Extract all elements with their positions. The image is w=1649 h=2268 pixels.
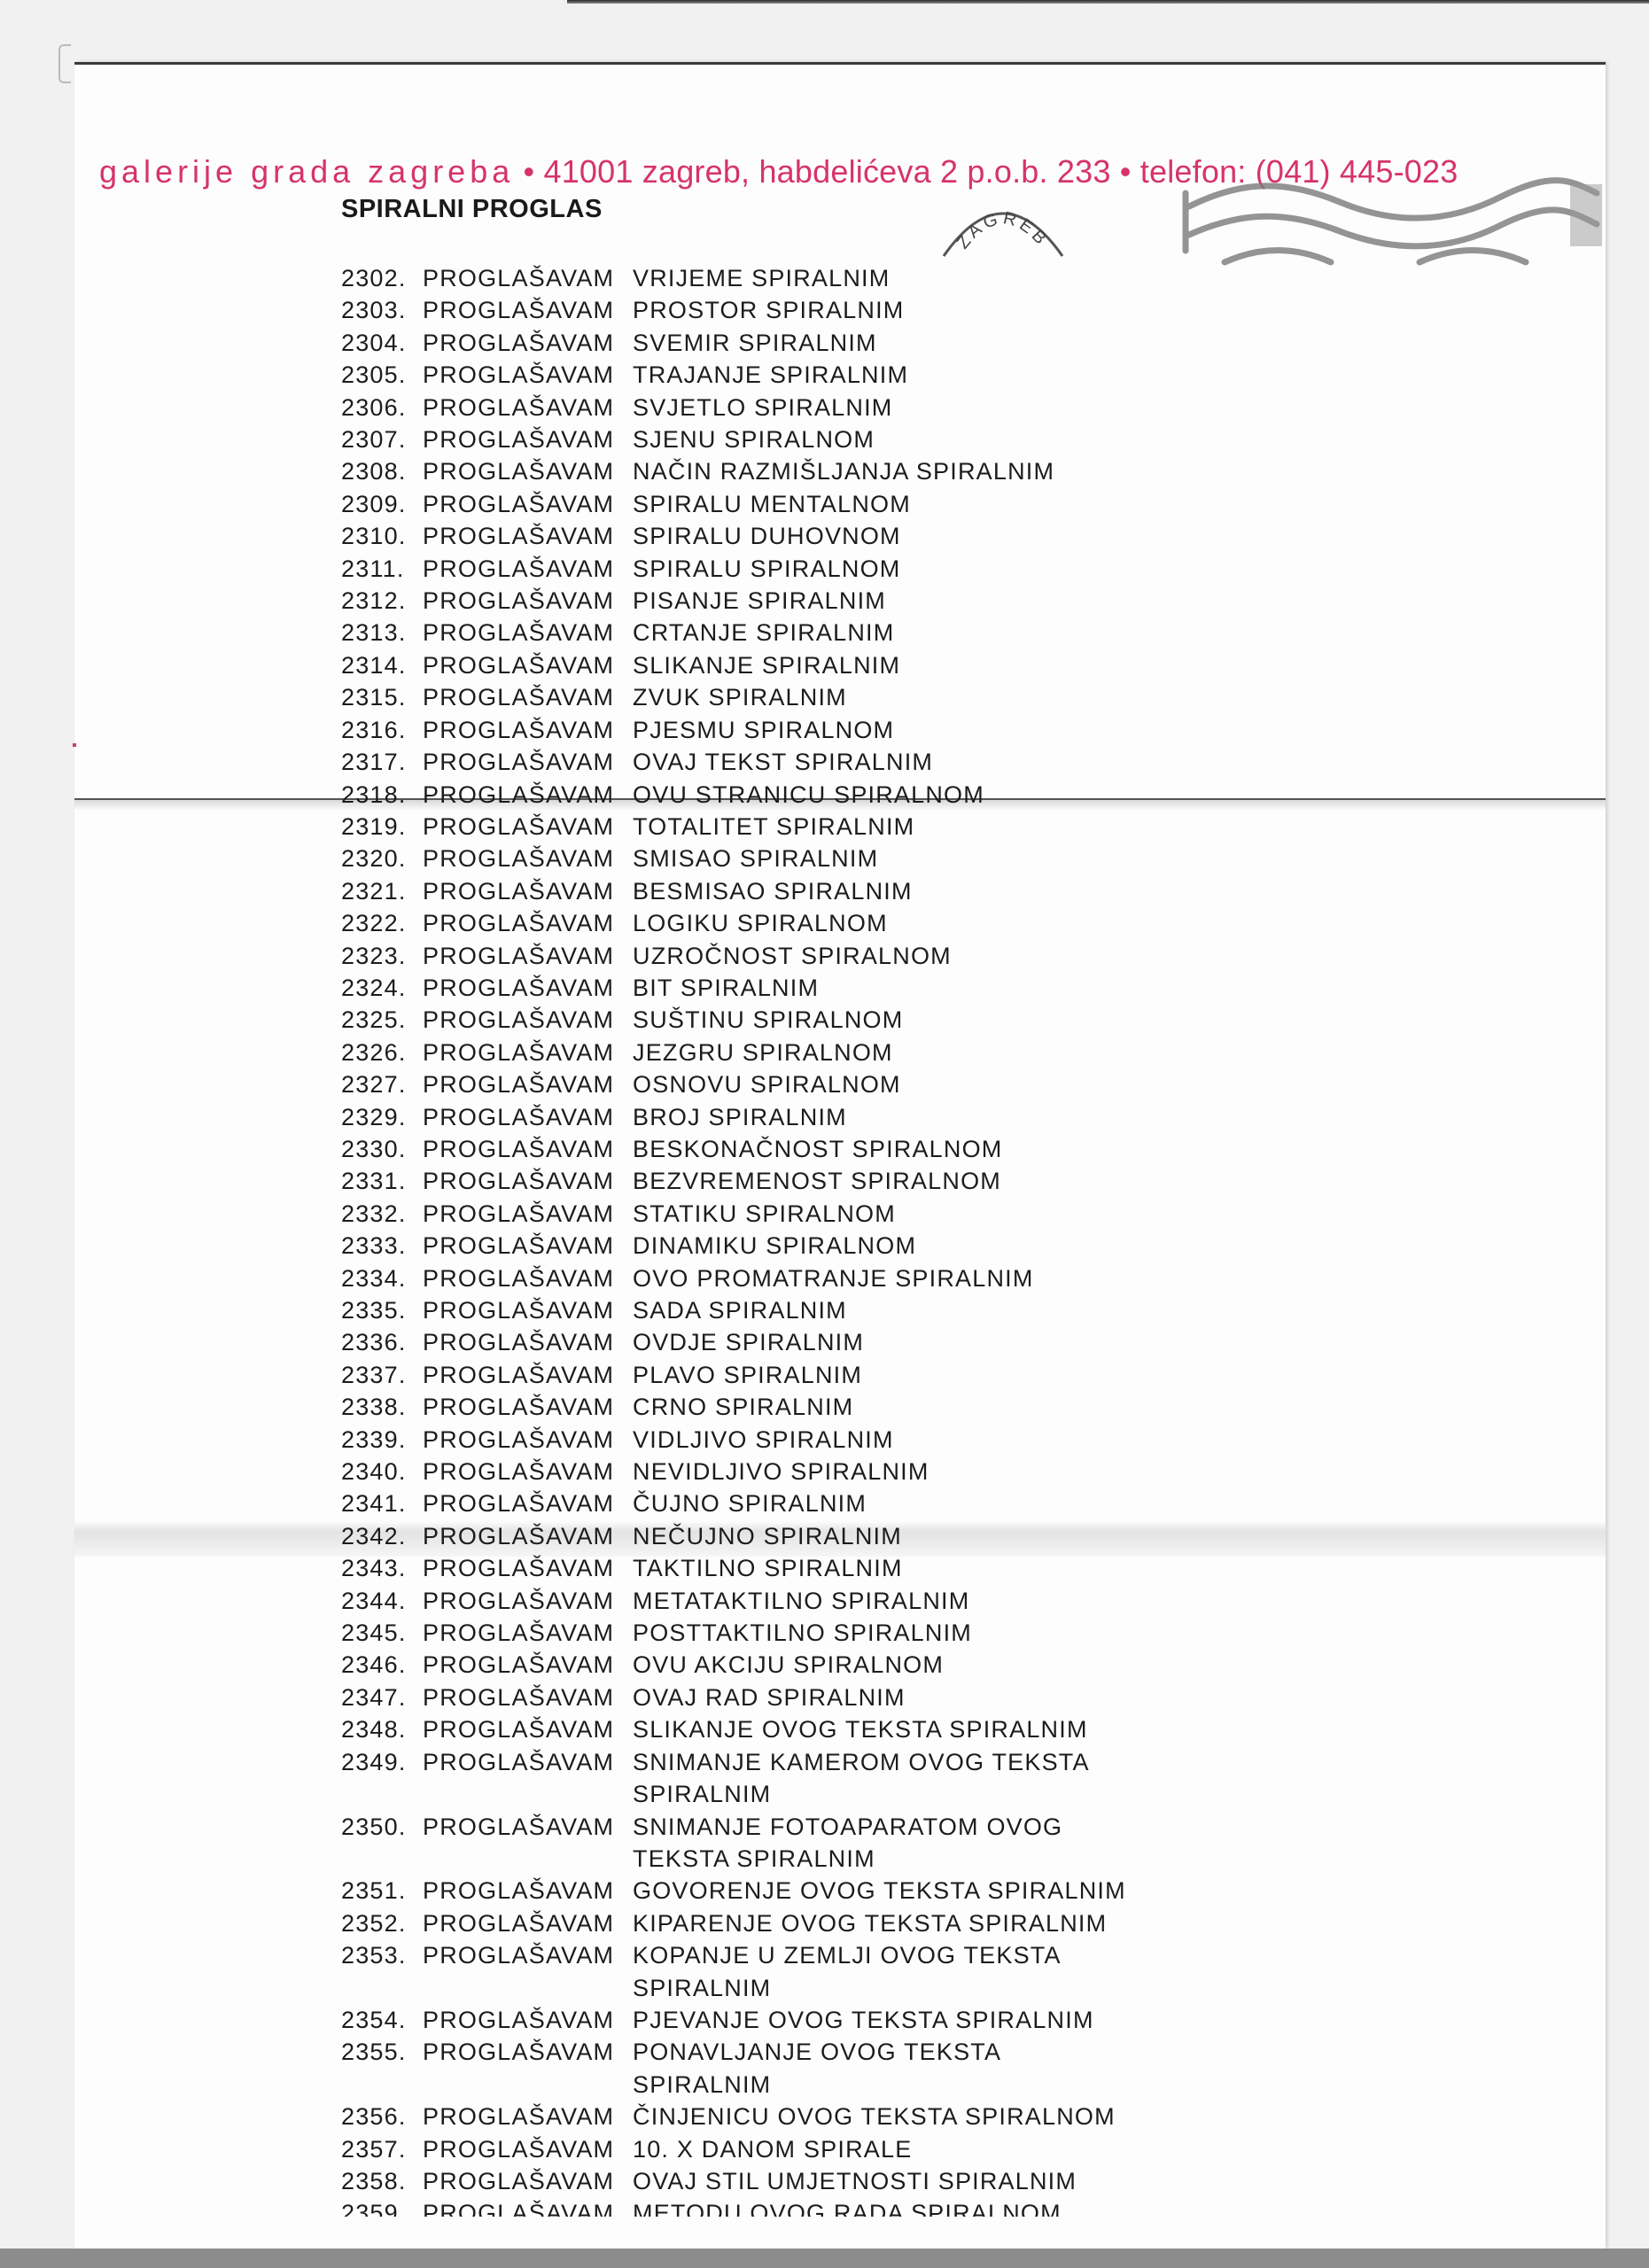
proclamation-item: 2336.PROGLAŠAVAMOVDJE SPIRALNIM [341, 1326, 1316, 1358]
proclamation-item: 2359.PROGLAŠAVAMMETODU OVOG RADA SPIRALN… [341, 2197, 1316, 2217]
item-verb: PROGLAŠAVAM [423, 1456, 633, 1487]
item-text: SNIMANJE KAMEROM OVOG TEKSTA SPIRALNIM [633, 1746, 1138, 1811]
item-verb: PROGLAŠAVAM [423, 2165, 633, 2197]
scan-top-shadow [567, 0, 1649, 4]
item-number: 2323. [341, 940, 423, 972]
proclamation-item: 2304.PROGLAŠAVAMSVEMIR SPIRALNIM [341, 327, 1316, 359]
proclamation-item: 2341.PROGLAŠAVAMČUJNO SPIRALNIM [341, 1487, 1316, 1519]
item-text: BIT SPIRALNIM [633, 972, 1138, 1004]
item-text: METATAKTILNO SPIRALNIM [633, 1585, 1138, 1617]
item-number: 2351. [341, 1875, 423, 1907]
proclamation-item: 2334.PROGLAŠAVAMOVO PROMATRANJE SPIRALNI… [341, 1262, 1316, 1294]
item-verb: PROGLAŠAVAM [423, 1326, 633, 1358]
item-number: 2325. [341, 1004, 423, 1036]
item-number: 2355. [341, 2036, 423, 2068]
item-text: NEVIDLJIVO SPIRALNIM [633, 1456, 1138, 1487]
item-text: TOTALITET SPIRALNIM [633, 811, 1138, 843]
item-text: 10. X DANOM SPIRALE [633, 2133, 1138, 2165]
proclamation-item: 2355.PROGLAŠAVAMPONAVLJANJE OVOG TEKSTA … [341, 2036, 1316, 2101]
proclamation-item: 2348.PROGLAŠAVAMSLIKANJE OVOG TEKSTA SPI… [341, 1713, 1316, 1745]
item-verb: PROGLAŠAVAM [423, 262, 633, 294]
item-number: 2331. [341, 1165, 423, 1197]
proclamation-item: 2316.PROGLAŠAVAMPJESMU SPIRALNOM [341, 714, 1316, 746]
item-verb: PROGLAŠAVAM [423, 359, 633, 391]
postmark-town-icon: ZAGREB [937, 189, 1070, 260]
item-number: 2310. [341, 520, 423, 552]
item-verb: PROGLAŠAVAM [423, 1617, 633, 1649]
item-number: 2317. [341, 746, 423, 778]
item-verb: PROGLAŠAVAM [423, 1391, 633, 1423]
item-number: 2340. [341, 1456, 423, 1487]
item-number: 2330. [341, 1133, 423, 1165]
item-number: 2319. [341, 811, 423, 843]
item-verb: PROGLAŠAVAM [423, 2004, 633, 2036]
proclamation-item: 2349.PROGLAŠAVAMSNIMANJE KAMEROM OVOG TE… [341, 1746, 1316, 1811]
item-verb: PROGLAŠAVAM [423, 2133, 633, 2165]
item-verb: PROGLAŠAVAM [423, 681, 633, 713]
item-text: SVJETLO SPIRALNIM [633, 392, 1138, 423]
proclamation-item: 2322.PROGLAŠAVAMLOGIKU SPIRALNOM [341, 907, 1316, 939]
item-number: 2359. [341, 2197, 423, 2217]
item-text: BROJ SPIRALNIM [633, 1101, 1138, 1133]
scanner-bed [0, 2249, 1649, 2268]
item-number: 2334. [341, 1262, 423, 1294]
item-text: OVU AKCIJU SPIRALNOM [633, 1649, 1138, 1681]
item-text: OVAJ RAD SPIRALNIM [633, 1682, 1138, 1713]
item-text: CRTANJE SPIRALNIM [633, 617, 1138, 649]
item-text: TAKTILNO SPIRALNIM [633, 1552, 1138, 1584]
item-text: SVEMIR SPIRALNIM [633, 327, 1138, 359]
item-verb: PROGLAŠAVAM [423, 617, 633, 649]
proclamation-item: 2319.PROGLAŠAVAMTOTALITET SPIRALNIM [341, 811, 1316, 843]
item-verb: PROGLAŠAVAM [423, 1649, 633, 1681]
item-verb: PROGLAŠAVAM [423, 1746, 633, 1778]
item-verb: PROGLAŠAVAM [423, 649, 633, 681]
item-verb: PROGLAŠAVAM [423, 1520, 633, 1552]
item-text: ZVUK SPIRALNIM [633, 681, 1138, 713]
item-text: PLAVO SPIRALNIM [633, 1359, 1138, 1391]
item-verb: PROGLAŠAVAM [423, 1198, 633, 1230]
item-text: KOPANJE U ZEMLJI OVOG TEKSTA SPIRALNIM [633, 1939, 1138, 2004]
item-number: 2307. [341, 423, 423, 455]
item-number: 2349. [341, 1746, 423, 1778]
item-text: OVAJ TEKST SPIRALNIM [633, 746, 1138, 778]
item-verb: PROGLAŠAVAM [423, 455, 633, 487]
item-text: SMISAO SPIRALNIM [633, 843, 1138, 874]
item-verb: PROGLAŠAVAM [423, 585, 633, 617]
item-number: 2336. [341, 1326, 423, 1358]
proclamation-item: 2314.PROGLAŠAVAMSLIKANJE SPIRALNIM [341, 649, 1316, 681]
item-text: SLIKANJE OVOG TEKSTA SPIRALNIM [633, 1713, 1138, 1745]
item-text: NEČUJNO SPIRALNIM [633, 1520, 1138, 1552]
item-text: OSNOVU SPIRALNOM [633, 1068, 1138, 1100]
proclamation-item: 2342.PROGLAŠAVAMNEČUJNO SPIRALNIM [341, 1520, 1316, 1552]
item-text: LOGIKU SPIRALNOM [633, 907, 1138, 939]
proclamation-item: 2339.PROGLAŠAVAMVIDLJIVO SPIRALNIM [341, 1424, 1316, 1456]
item-verb: PROGLAŠAVAM [423, 779, 633, 811]
item-number: 2342. [341, 1520, 423, 1552]
item-text: TRAJANJE SPIRALNIM [633, 359, 1138, 391]
proclamation-item: 2347.PROGLAŠAVAMOVAJ RAD SPIRALNIM [341, 1682, 1316, 1713]
item-number: 2313. [341, 617, 423, 649]
item-number: 2303. [341, 294, 423, 326]
proclamation-item: 2324.PROGLAŠAVAMBIT SPIRALNIM [341, 972, 1316, 1004]
proclamation-item: 2305.PROGLAŠAVAMTRAJANJE SPIRALNIM [341, 359, 1316, 391]
item-verb: PROGLAŠAVAM [423, 811, 633, 843]
item-verb: PROGLAŠAVAM [423, 1037, 633, 1068]
item-number: 2343. [341, 1552, 423, 1584]
item-text: SPIRALU DUHOVNOM [633, 520, 1138, 552]
item-text: BEZVREMENOST SPIRALNOM [633, 1165, 1138, 1197]
item-text: POSTTAKTILNO SPIRALNIM [633, 1617, 1138, 1649]
item-number: 2358. [341, 2165, 423, 2197]
item-number: 2356. [341, 2101, 423, 2132]
item-text: CRNO SPIRALNIM [633, 1391, 1138, 1423]
item-verb: PROGLAŠAVAM [423, 940, 633, 972]
item-text: VRIJEME SPIRALNIM [633, 262, 1138, 294]
proclamation-item: 2321.PROGLAŠAVAMBESMISAO SPIRALNIM [341, 875, 1316, 907]
item-number: 2333. [341, 1230, 423, 1262]
item-number: 2316. [341, 714, 423, 746]
item-number: 2302. [341, 262, 423, 294]
ink-speck [73, 743, 76, 747]
proclamation-item: 2356.PROGLAŠAVAMČINJENICU OVOG TEKSTA SP… [341, 2101, 1316, 2132]
proclamation-item: 2315.PROGLAŠAVAMZVUK SPIRALNIM [341, 681, 1316, 713]
item-text: STATIKU SPIRALNOM [633, 1198, 1138, 1230]
item-number: 2348. [341, 1713, 423, 1745]
item-verb: PROGLAŠAVAM [423, 972, 633, 1004]
item-verb: PROGLAŠAVAM [423, 1004, 633, 1036]
item-number: 2332. [341, 1198, 423, 1230]
item-text: ČUJNO SPIRALNIM [633, 1487, 1138, 1519]
item-verb: PROGLAŠAVAM [423, 1939, 633, 1971]
item-verb: PROGLAŠAVAM [423, 1907, 633, 1939]
proclamation-item: 2308.PROGLAŠAVAMNAČIN RAZMIŠLJANJA SPIRA… [341, 455, 1316, 487]
proclamation-item: 2303.PROGLAŠAVAMPROSTOR SPIRALNIM [341, 294, 1316, 326]
item-text: SUŠTINU SPIRALNOM [633, 1004, 1138, 1036]
item-text: OVO PROMATRANJE SPIRALNIM [633, 1262, 1138, 1294]
proclamation-item: 2353.PROGLAŠAVAMKOPANJE U ZEMLJI OVOG TE… [341, 1939, 1316, 2004]
item-number: 2341. [341, 1487, 423, 1519]
item-verb: PROGLAŠAVAM [423, 1552, 633, 1584]
postmark-town-text: ZAGREB [953, 208, 1053, 252]
item-number: 2350. [341, 1811, 423, 1843]
document-title: SPIRALNI PROGLAS [341, 195, 603, 224]
proclamation-item: 2351.PROGLAŠAVAMGOVORENJE OVOG TEKSTA SP… [341, 1875, 1316, 1907]
item-verb: PROGLAŠAVAM [423, 2197, 633, 2217]
proclamation-item: 2306.PROGLAŠAVAMSVJETLO SPIRALNIM [341, 392, 1316, 423]
postmark-wave-cancel-icon [1180, 171, 1606, 268]
item-number: 2337. [341, 1359, 423, 1391]
item-number: 2322. [341, 907, 423, 939]
proclamation-item: 2337.PROGLAŠAVAMPLAVO SPIRALNIM [341, 1359, 1316, 1391]
item-text: SLIKANJE SPIRALNIM [633, 649, 1138, 681]
item-verb: PROGLAŠAVAM [423, 714, 633, 746]
proclamation-item: 2318.PROGLAŠAVAMOVU STRANICU SPIRALNOM [341, 779, 1316, 811]
item-verb: PROGLAŠAVAM [423, 553, 633, 585]
item-verb: PROGLAŠAVAM [423, 2036, 633, 2068]
item-number: 2312. [341, 585, 423, 617]
proclamation-item: 2311.PROGLAŠAVAMSPIRALU SPIRALNOM [341, 553, 1316, 585]
proclamation-item: 2343.PROGLAŠAVAMTAKTILNO SPIRALNIM [341, 1552, 1316, 1584]
item-text: PJEVANJE OVOG TEKSTA SPIRALNIM [633, 2004, 1138, 2036]
item-text: UZROČNOST SPIRALNOM [633, 940, 1138, 972]
item-number: 2321. [341, 875, 423, 907]
proclamation-item: 2312.PROGLAŠAVAMPISANJE SPIRALNIM [341, 585, 1316, 617]
item-number: 2326. [341, 1037, 423, 1068]
item-verb: PROGLAŠAVAM [423, 520, 633, 552]
item-number: 2320. [341, 843, 423, 874]
proclamation-list: 2302.PROGLAŠAVAMVRIJEME SPIRALNIM2303.PR… [341, 262, 1316, 2217]
item-number: 2329. [341, 1101, 423, 1133]
item-verb: PROGLAŠAVAM [423, 1262, 633, 1294]
proclamation-item: 2331.PROGLAŠAVAMBEZVREMENOST SPIRALNOM [341, 1165, 1316, 1197]
item-verb: PROGLAŠAVAM [423, 294, 633, 326]
proclamation-item: 2340.PROGLAŠAVAMNEVIDLJIVO SPIRALNIM [341, 1456, 1316, 1487]
item-verb: PROGLAŠAVAM [423, 1424, 633, 1456]
proclamation-item: 2335.PROGLAŠAVAMSADA SPIRALNIM [341, 1294, 1316, 1326]
item-number: 2339. [341, 1424, 423, 1456]
item-verb: PROGLAŠAVAM [423, 1101, 633, 1133]
proclamation-item: 2354.PROGLAŠAVAMPJEVANJE OVOG TEKSTA SPI… [341, 2004, 1316, 2036]
proclamation-item: 2332.PROGLAŠAVAMSTATIKU SPIRALNOM [341, 1198, 1316, 1230]
letterhead-bullet: • [1120, 153, 1132, 190]
item-number: 2357. [341, 2133, 423, 2165]
item-number: 2318. [341, 779, 423, 811]
item-number: 2309. [341, 488, 423, 520]
item-verb: PROGLAŠAVAM [423, 1713, 633, 1745]
proclamation-item: 2309.PROGLAŠAVAMSPIRALU MENTALNOM [341, 488, 1316, 520]
item-verb: PROGLAŠAVAM [423, 423, 633, 455]
item-number: 2352. [341, 1907, 423, 1939]
proclamation-item: 2325.PROGLAŠAVAMSUŠTINU SPIRALNOM [341, 1004, 1316, 1036]
item-text: DINAMIKU SPIRALNOM [633, 1230, 1138, 1262]
item-verb: PROGLAŠAVAM [423, 1068, 633, 1100]
svg-text:ZAGREB: ZAGREB [953, 208, 1053, 252]
item-number: 2347. [341, 1682, 423, 1713]
item-text: OVU STRANICU SPIRALNOM [633, 779, 1138, 811]
proclamation-item: 2358.PROGLAŠAVAMOVAJ STIL UMJETNOSTI SPI… [341, 2165, 1316, 2197]
proclamation-item: 2357.PROGLAŠAVAM10. X DANOM SPIRALE [341, 2133, 1316, 2165]
letterhead-org: galerije grada zagreba [99, 153, 514, 190]
item-text: PROSTOR SPIRALNIM [633, 294, 1138, 326]
item-text: BESKONAČNOST SPIRALNOM [633, 1133, 1138, 1165]
item-text: KIPARENJE OVOG TEKSTA SPIRALNIM [633, 1907, 1138, 1939]
proclamation-item: 2344.PROGLAŠAVAMMETATAKTILNO SPIRALNIM [341, 1585, 1316, 1617]
item-verb: PROGLAŠAVAM [423, 2101, 633, 2132]
item-verb: PROGLAŠAVAM [423, 875, 633, 907]
item-number: 2308. [341, 455, 423, 487]
item-verb: PROGLAŠAVAM [423, 1811, 633, 1843]
item-number: 2344. [341, 1585, 423, 1617]
paper-clip-mark [58, 44, 71, 83]
proclamation-item: 2326.PROGLAŠAVAMJEZGRU SPIRALNOM [341, 1037, 1316, 1068]
item-verb: PROGLAŠAVAM [423, 843, 633, 874]
proclamation-item: 2317.PROGLAŠAVAMOVAJ TEKST SPIRALNIM [341, 746, 1316, 778]
proclamation-item: 2350.PROGLAŠAVAMSNIMANJE FOTOAPARATOM OV… [341, 1811, 1316, 1876]
item-text: VIDLJIVO SPIRALNIM [633, 1424, 1138, 1456]
proclamation-item: 2345.PROGLAŠAVAMPOSTTAKTILNO SPIRALNIM [341, 1617, 1316, 1649]
item-number: 2335. [341, 1294, 423, 1326]
item-number: 2345. [341, 1617, 423, 1649]
proclamation-item: 2307.PROGLAŠAVAMSJENU SPIRALNOM [341, 423, 1316, 455]
item-text: OVAJ STIL UMJETNOSTI SPIRALNIM [633, 2165, 1138, 2197]
proclamation-item: 2329.PROGLAŠAVAMBROJ SPIRALNIM [341, 1101, 1316, 1133]
item-number: 2305. [341, 359, 423, 391]
item-verb: PROGLAŠAVAM [423, 1487, 633, 1519]
item-number: 2315. [341, 681, 423, 713]
item-verb: PROGLAŠAVAM [423, 392, 633, 423]
item-number: 2304. [341, 327, 423, 359]
proclamation-item: 2352.PROGLAŠAVAMKIPARENJE OVOG TEKSTA SP… [341, 1907, 1316, 1939]
item-verb: PROGLAŠAVAM [423, 1165, 633, 1197]
proclamation-item: 2323.PROGLAŠAVAMUZROČNOST SPIRALNOM [341, 940, 1316, 972]
letterhead-bullet: • [523, 153, 534, 190]
proclamation-item: 2346.PROGLAŠAVAMOVU AKCIJU SPIRALNOM [341, 1649, 1316, 1681]
item-text: NAČIN RAZMIŠLJANJA SPIRALNIM [633, 455, 1138, 487]
item-number: 2306. [341, 392, 423, 423]
item-text: SPIRALU SPIRALNOM [633, 553, 1138, 585]
item-text: PISANJE SPIRALNIM [633, 585, 1138, 617]
proclamation-item: 2327.PROGLAŠAVAMOSNOVU SPIRALNOM [341, 1068, 1316, 1100]
item-text: JEZGRU SPIRALNOM [633, 1037, 1138, 1068]
item-text: SADA SPIRALNIM [633, 1294, 1138, 1326]
item-verb: PROGLAŠAVAM [423, 327, 633, 359]
item-verb: PROGLAŠAVAM [423, 1230, 633, 1262]
item-text: SJENU SPIRALNOM [633, 423, 1138, 455]
proclamation-item: 2338.PROGLAŠAVAMCRNO SPIRALNIM [341, 1391, 1316, 1423]
item-number: 2324. [341, 972, 423, 1004]
item-number: 2314. [341, 649, 423, 681]
item-text: GOVORENJE OVOG TEKSTA SPIRALNIM [633, 1875, 1138, 1907]
letterhead-address: 41001 zagreb, habdelićeva 2 p.o.b. 233 [543, 153, 1110, 190]
proclamation-item: 2302.PROGLAŠAVAMVRIJEME SPIRALNIM [341, 262, 1316, 294]
item-verb: PROGLAŠAVAM [423, 1294, 633, 1326]
item-number: 2311. [341, 553, 423, 585]
item-verb: PROGLAŠAVAM [423, 1133, 633, 1165]
item-verb: PROGLAŠAVAM [423, 1585, 633, 1617]
item-verb: PROGLAŠAVAM [423, 1682, 633, 1713]
item-text: ČINJENICU OVOG TEKSTA SPIRALNOM [633, 2101, 1138, 2132]
item-text: BESMISAO SPIRALNIM [633, 875, 1138, 907]
item-number: 2338. [341, 1391, 423, 1423]
proclamation-item: 2330.PROGLAŠAVAMBESKONAČNOST SPIRALNOM [341, 1133, 1316, 1165]
item-text: SPIRALU MENTALNOM [633, 488, 1138, 520]
item-text: PJESMU SPIRALNOM [633, 714, 1138, 746]
item-verb: PROGLAŠAVAM [423, 1359, 633, 1391]
item-text: METODU OVOG RADA SPIRALNOM [633, 2197, 1138, 2217]
item-text: OVDJE SPIRALNIM [633, 1326, 1138, 1358]
proclamation-item: 2310.PROGLAŠAVAMSPIRALU DUHOVNOM [341, 520, 1316, 552]
item-verb: PROGLAŠAVAM [423, 746, 633, 778]
proclamation-item: 2333.PROGLAŠAVAMDINAMIKU SPIRALNOM [341, 1230, 1316, 1262]
item-number: 2346. [341, 1649, 423, 1681]
proclamation-item: 2320.PROGLAŠAVAMSMISAO SPIRALNIM [341, 843, 1316, 874]
item-number: 2353. [341, 1939, 423, 1971]
proclamation-item: 2313.PROGLAŠAVAMCRTANJE SPIRALNIM [341, 617, 1316, 649]
item-text: PONAVLJANJE OVOG TEKSTA SPIRALNIM [633, 2036, 1138, 2101]
item-text: SNIMANJE FOTOAPARATOM OVOG TEKSTA SPIRAL… [633, 1811, 1138, 1876]
item-verb: PROGLAŠAVAM [423, 1875, 633, 1907]
item-number: 2327. [341, 1068, 423, 1100]
item-number: 2354. [341, 2004, 423, 2036]
item-verb: PROGLAŠAVAM [423, 907, 633, 939]
item-verb: PROGLAŠAVAM [423, 488, 633, 520]
